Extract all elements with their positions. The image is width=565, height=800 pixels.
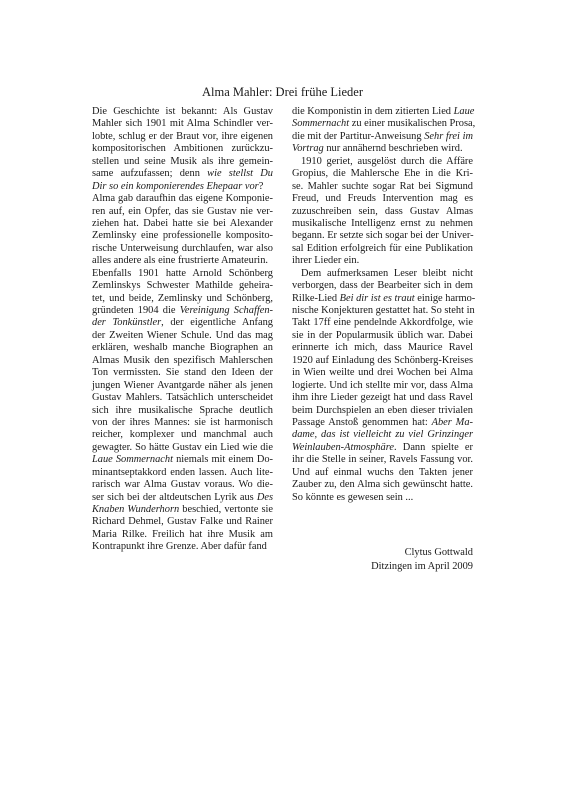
text-line: dame, das ist vielleicht zu viel Grinzin… [292,429,473,441]
signature-author: Clytus Gottwald [292,546,473,560]
text-line: Weinlauben-Atmosphäre. Dann spielte er [292,442,473,454]
text-segment: Zemlinsky eine professionelle komposito- [92,230,273,241]
text-line: von der ihres Mannes: sie ist harmonisch [92,417,273,429]
text-segment: zu einer musikalischen Prosa, [349,118,475,129]
text-segment: nische Konjekturen gestattet hat. So ste… [292,305,475,316]
text-line: Rilke-Lied Bei dir ist es traut einige h… [292,293,473,305]
text-segment: sie in der Popularmusik üblich war. Dabe… [292,330,473,341]
text-line: nische Konjekturen gestattet hat. So ste… [292,305,473,317]
text-segment: Passage Anstoß genommen hat: [292,417,432,428]
text-segment: gewagter. So hätte Gustav ein Lied wie d… [92,442,273,453]
text-segment: einige harmo- [415,293,476,304]
text-segment: reicher, komplexer und manchmal auch [92,429,273,440]
text-segment: Maria Rilke. Freilich hat ihre Musik am [92,529,273,540]
text-segment: erklären, weshalb manche Biographen an [92,342,273,353]
text-line: verborgen, dass der Bearbeiter sich in d… [292,280,473,292]
text-segment: die Komponistin in dem zitierten Lied [292,106,454,117]
text-line: gründeten 1904 die Vereinigung Schaffen- [92,305,273,317]
italic-text: Vereinigung Schaffen- [180,305,273,316]
text-segment: die mit der Partitur-Anweisung [292,131,424,142]
text-segment: se. Mahler suchte sogar Rat bei Sigmund [292,181,473,192]
text-line: ihrer Lieder ein. [292,255,473,267]
text-line: rische Unterweisung durchlaufen, war als… [92,243,273,255]
text-segment: 1920 auf Einladung des Schönberg-Kreises [292,355,473,366]
text-line: Passage Anstoß genommen hat: Aber Ma- [292,417,473,429]
text-line: ser sich bei der altdeutschen Lyrik aus … [92,492,273,504]
text-line: musikalische Intelligenz ernst zu nehmen [292,218,473,230]
text-segment: logierte. Und ich stellte mir vor, dass … [292,380,473,391]
text-segment: minantseptakkord enden lassen. Auch lite… [92,467,273,478]
text-segment: zuzuschreiben sein, dass Gustav Almas [292,206,473,217]
italic-text: dame, das ist vielleicht zu viel Grinzin… [292,429,473,440]
text-line: jungen Wiener Avantgarde näher als jenen [92,380,273,392]
italic-text: Knaben Wunderhorn [92,504,179,515]
text-line: Vortrag nur annähernd beschrieben wird. [292,143,473,155]
text-segment: same aufzufassen; denn [92,168,207,179]
italic-text: Aber Ma- [432,417,473,428]
text-segment: Die Geschichte ist bekannt: Als Gustav [92,106,273,117]
text-line: die Komponistin in dem zitierten Lied La… [292,106,473,118]
text-line: Die Geschichte ist bekannt: Als Gustav [92,106,273,118]
italic-text: Sommernacht [292,118,349,129]
text-line: Takt 17ff eine pendelnde Akkordfolge, wi… [292,317,473,329]
text-line: 1920 auf Einladung des Schönberg-Kreises [292,355,473,367]
text-segment: lobte, schlug er der Braut vor, ihre eig… [92,131,273,142]
text-segment: in Wien weilte und drei Wochen bei Alma [292,367,473,378]
text-segment: Richard Dehmel, Gustav Falke und Rainer [92,516,273,527]
text-line: Freud, und Freuds Intervention mag es [292,193,473,205]
text-segment: ? [259,181,264,192]
text-segment: ziehen hat. Dabei hatte sie bei Alexande… [92,218,273,229]
text-line: Maria Rilke. Freilich hat ihre Musik am [92,529,273,541]
text-line: der Tonkünstler, der eigentliche Anfang [92,317,273,329]
text-segment: ihr die Stelle in seiner, Ravels Fassung… [292,454,473,465]
italic-text: Vortrag [292,143,324,154]
text-line: Ton vermissten. Sie stand den Ideen der [92,367,273,379]
text-segment: ihm ihre Lieder gezeigt hat und dass Rav… [292,392,473,403]
text-segment: verborgen, dass der Bearbeiter sich in d… [292,280,473,291]
text-segment: Gropius, die Mahlersche Ehe in die Kri- [292,168,473,179]
text-segment: Gustav Mahlers. Tatsächlich unterscheide… [92,392,273,403]
text-line: ihr die Stelle in seiner, Ravels Fassung… [292,454,473,466]
left-column: Die Geschichte ist bekannt: Als GustavMa… [92,106,273,554]
text-line: alles andere als eine frustrierte Amateu… [92,255,273,267]
text-segment: beim Durchspielen an eben dieser trivial… [292,405,473,416]
text-line: stellen und seine Musik als ihre gemein- [92,156,273,168]
text-segment: ser sich bei der altdeutschen Lyrik aus [92,492,257,503]
text-line: sie in der Popularmusik üblich war. Dabe… [292,330,473,342]
italic-text: Laue [454,106,475,117]
text-segment: Takt 17ff eine pendelnde Akkordfolge, wi… [292,317,473,328]
italic-text: wie stellst Du [207,168,273,179]
text-line: kompositorischen Ambitionen zurückzu- [92,143,273,155]
text-segment: rische Unterweisung durchlaufen, war als… [92,243,273,254]
text-line: 1910 geriet, ausgelöst durch die Affäre [292,156,473,168]
text-segment: Ton vermissten. Sie stand den Ideen der [92,367,273,378]
text-line: Knaben Wunderhorn beschied, vertonte sie [92,504,273,516]
text-line: Ebenfalls 1901 hatte Arnold Schönberg [92,268,273,280]
text-segment: von der ihres Mannes: sie ist harmonisch [92,417,273,428]
text-segment: ihrer Lieder ein. [292,255,359,266]
text-segment: erinnerte ich mich, dass Maurice Ravel [292,342,473,353]
text-line: same aufzufassen; denn wie stellst Du [92,168,273,180]
text-line: Dir so ein komponierendes Ehepaar vor? [92,181,273,193]
text-line: ren auf, ein Opfer, das sie Gustav nie v… [92,206,273,218]
italic-text: Weinlauben-Atmosphäre [292,442,394,453]
text-line: begann. Er setzte sich sogar bei der Uni… [292,230,473,242]
text-segment: Dem aufmerksamen Leser bleibt nicht [301,268,473,279]
text-line: Almas Musik den spezifisch Mahlerschen [92,355,273,367]
text-line: lobte, schlug er der Braut vor, ihre eig… [92,131,273,143]
text-line: sich ihre musikalische Sprache deutlich [92,405,273,417]
italic-text: Sehr frei im [424,131,473,142]
text-line: sal Edition erfolgreich für eine Publika… [292,243,473,255]
text-line: se. Mahler suchte sogar Rat bei Sigmund [292,181,473,193]
text-segment: kompositorischen Ambitionen zurückzu- [92,143,273,154]
text-line: erklären, weshalb manche Biographen an [92,342,273,354]
text-line: Zauber zu, den Alma sich gewünscht hatte… [292,479,473,491]
text-segment: gründeten 1904 die [92,305,180,316]
text-line: beim Durchspielen an eben dieser trivial… [292,405,473,417]
text-line: Kontrapunkt ihre Grenze. Aber dafür fand [92,541,273,553]
italic-text: Dir so ein komponierendes Ehepaar vor [92,181,259,192]
text-segment: Zemlinskys Schwester Mathilde geheira- [92,280,273,291]
text-segment: der Zweiten Wiener Schule. Und das mag [92,330,273,341]
text-line: So könnte es gewesen sein ... [292,492,473,504]
text-line: in Wien weilte und drei Wochen bei Alma [292,367,473,379]
text-line: die mit der Partitur-Anweisung Sehr frei… [292,131,473,143]
signature-block: Clytus Gottwald Ditzingen im April 2009 [292,546,473,573]
text-segment: rarisch war Alma Gustav voraus. Wo die- [92,479,273,490]
text-line: gewagter. So hätte Gustav ein Lied wie d… [92,442,273,454]
text-segment: 1910 geriet, ausgelöst durch die Affäre [301,156,473,167]
text-segment: Zauber zu, den Alma sich gewünscht hatte… [292,479,473,490]
text-segment: alles andere als eine frustrierte Amateu… [92,255,268,266]
text-line: minantseptakkord enden lassen. Auch lite… [92,467,273,479]
text-line: Mahler sich 1901 mit Alma Schindler ver- [92,118,273,130]
text-segment: begann. Er setzte sich sogar bei der Uni… [292,230,474,241]
text-line: logierte. Und ich stellte mir vor, dass … [292,380,473,392]
text-line: rarisch war Alma Gustav voraus. Wo die- [92,479,273,491]
text-line: der Zweiten Wiener Schule. Und das mag [92,330,273,342]
text-segment: sich ihre musikalische Sprache deutlich [92,405,273,416]
italic-text: der Tonkünstler [92,317,161,328]
text-segment: musikalische Intelligenz ernst zu nehmen [292,218,473,229]
italic-text: Des [257,492,273,503]
text-segment: Mahler sich 1901 mit Alma Schindler ver- [92,118,273,129]
text-line: Dem aufmerksamen Leser bleibt nicht [292,268,473,280]
italic-text: Laue Sommernacht [92,454,173,465]
text-line: Alma gab daraufhin das eigene Komponie- [92,193,273,205]
text-segment: stellen und seine Musik als ihre gemein- [92,156,273,167]
text-segment: Ebenfalls 1901 hatte Arnold Schönberg [92,268,273,279]
text-segment: tet, und beide, Zemlinsky und Schönberg, [92,293,273,304]
text-segment: Almas Musik den spezifisch Mahlerschen [92,355,273,366]
text-segment: jungen Wiener Avantgarde näher als jenen [92,380,273,391]
text-line: zuzuschreiben sein, dass Gustav Almas [292,206,473,218]
text-segment: , der eigentliche Anfang [161,317,273,328]
text-segment: beschied, vertonte sie [179,504,273,515]
text-segment: Und auf einmal wuchs den Takten jener [292,467,473,478]
text-segment: ren auf, ein Opfer, das sie Gustav nie v… [92,206,273,217]
text-line: Zemlinskys Schwester Mathilde geheira- [92,280,273,292]
italic-text: Bei dir ist es traut [340,293,415,304]
text-line: Richard Dehmel, Gustav Falke und Rainer [92,516,273,528]
text-line: Und auf einmal wuchs den Takten jener [292,467,473,479]
text-line: tet, und beide, Zemlinsky und Schönberg, [92,293,273,305]
text-line: reicher, komplexer und manchmal auch [92,429,273,441]
text-line: erinnerte ich mich, dass Maurice Ravel [292,342,473,354]
text-line: ziehen hat. Dabei hatte sie bei Alexande… [92,218,273,230]
text-segment: nur annähernd beschrieben wird. [324,143,463,154]
text-line: ihm ihre Lieder gezeigt hat und dass Rav… [292,392,473,404]
text-segment: So könnte es gewesen sein ... [292,492,413,503]
text-segment: sal Edition erfolgreich für eine Publika… [292,243,473,254]
page-title: Alma Mahler: Drei frühe Lieder [0,85,565,100]
text-segment: Rilke-Lied [292,293,340,304]
text-line: Gropius, die Mahlersche Ehe in die Kri- [292,168,473,180]
signature-place-date: Ditzingen im April 2009 [292,560,473,574]
text-line: Gustav Mahlers. Tatsächlich unterscheide… [92,392,273,404]
text-line: Sommernacht zu einer musikalischen Prosa… [292,118,473,130]
text-segment: Kontrapunkt ihre Grenze. Aber dafür fand [92,541,267,552]
text-segment: . Dann spielte er [394,442,473,453]
text-segment: niemals mit einem Do- [173,454,273,465]
text-line: Laue Sommernacht niemals mit einem Do- [92,454,273,466]
right-column: die Komponistin in dem zitierten Lied La… [292,106,473,504]
text-segment: Alma gab daraufhin das eigene Komponie- [92,193,273,204]
text-segment: Freud, und Freuds Intervention mag es [292,193,473,204]
text-line: Zemlinsky eine professionelle komposito- [92,230,273,242]
